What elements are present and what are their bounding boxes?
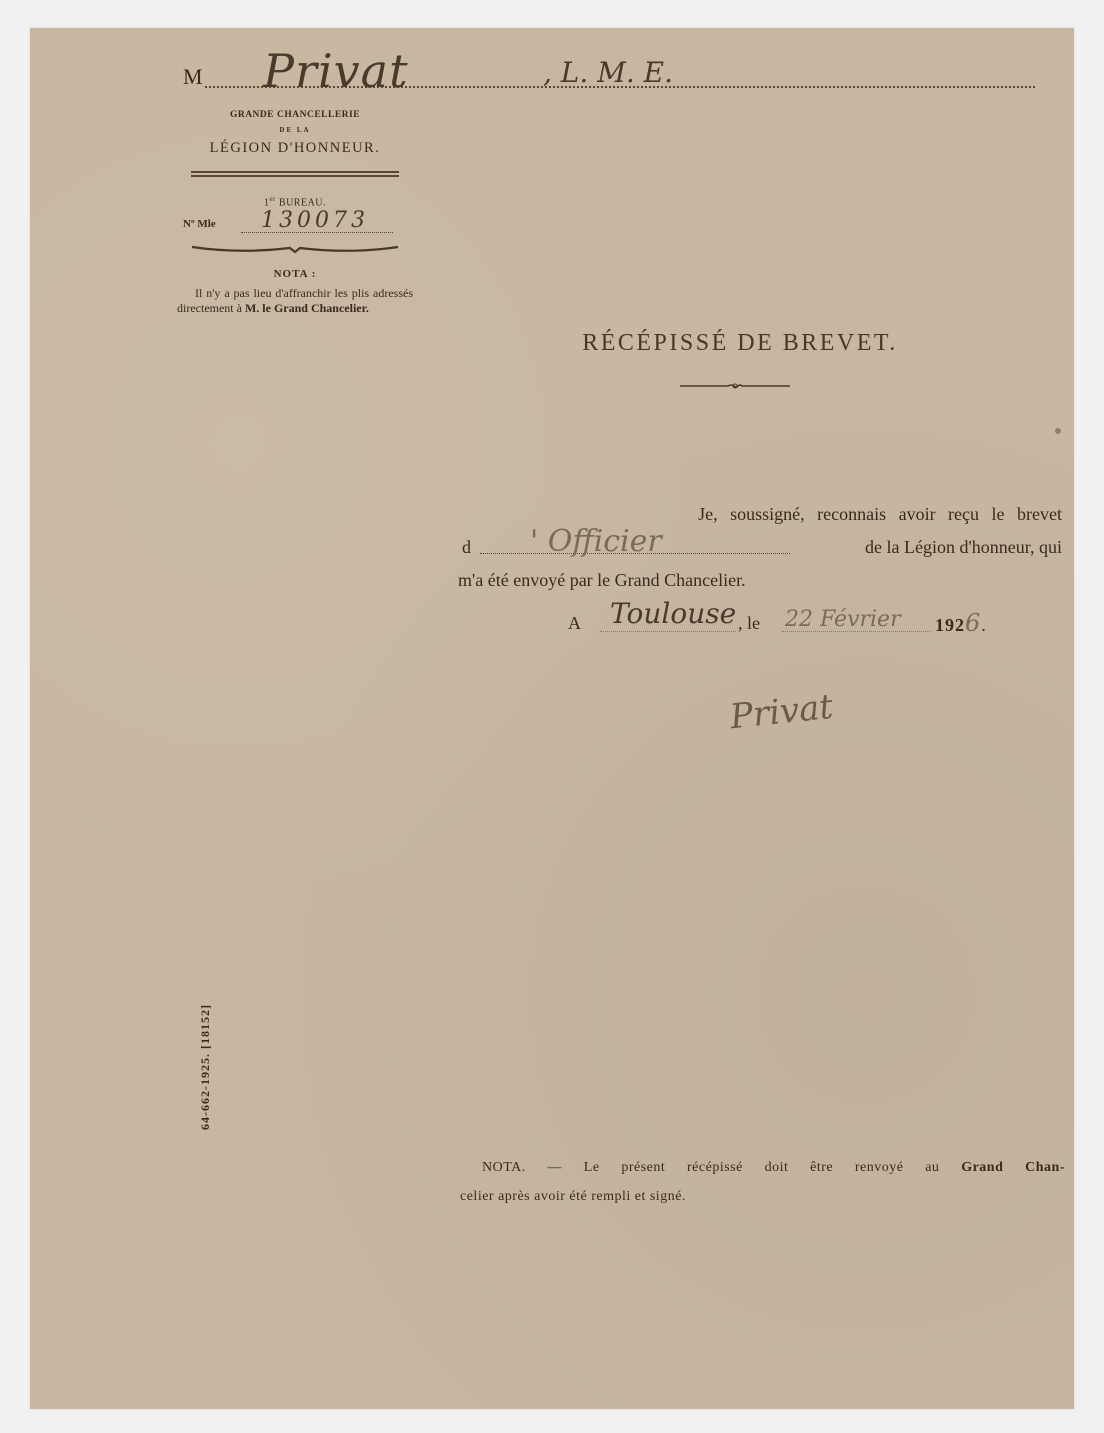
place-value: Toulouse bbox=[610, 597, 736, 630]
footnote: NOTA. — Le présent récépissé doit être r… bbox=[460, 1153, 1065, 1211]
receipt-body: Je, soussigné, reconnais avoir reçu le b… bbox=[450, 498, 1062, 643]
recipient-prefix: M bbox=[183, 64, 203, 90]
double-rule bbox=[191, 171, 399, 177]
bureau-label: 1er BUREAU. bbox=[175, 195, 415, 208]
side-nota-body: Il n'y a pas lieu d'affranchir les plis … bbox=[175, 286, 415, 316]
matricule-line: Nº Mle 130073 bbox=[183, 212, 393, 236]
document-title: RÉCÉPISSÉ DE BREVET. bbox=[530, 330, 950, 357]
grade-value: ' Officier bbox=[530, 525, 662, 558]
letterhead: GRANDE CHANCELLERIE DE LA LÉGION D'HONNE… bbox=[175, 108, 415, 316]
side-nota-heading: NOTA : bbox=[175, 268, 415, 280]
paper-blemish bbox=[1055, 428, 1061, 434]
body-line2: d ' Officier de la Légion d'honneur, qui bbox=[450, 531, 1062, 564]
matricule-label: Nº Mle bbox=[183, 218, 216, 230]
brace-ornament-icon bbox=[190, 242, 400, 254]
place-date-line: A Toulouse , le 22 Février 1926. bbox=[450, 603, 1062, 643]
letterhead-line3: LÉGION D'HONNEUR. bbox=[175, 140, 415, 157]
title-ornament-icon bbox=[680, 382, 790, 390]
body-line3: m'a été envoyé par le Grand Chancelier. bbox=[450, 564, 1062, 597]
place-dotted-line bbox=[600, 631, 736, 632]
letterhead-line1: GRANDE CHANCELLERIE bbox=[175, 110, 415, 120]
date-value: 22 Février bbox=[785, 603, 901, 636]
recipient-line: M Privat , L. M. E. bbox=[183, 52, 1035, 112]
matricule-value: 130073 bbox=[261, 208, 369, 233]
recipient-name: Privat bbox=[263, 44, 409, 98]
letterhead-line2: DE LA bbox=[175, 126, 415, 134]
recipient-initials: , L. M. E. bbox=[543, 56, 673, 89]
print-code: 64-662-1925. [18152] bbox=[198, 1004, 213, 1130]
year-value: 1926. bbox=[935, 607, 987, 642]
